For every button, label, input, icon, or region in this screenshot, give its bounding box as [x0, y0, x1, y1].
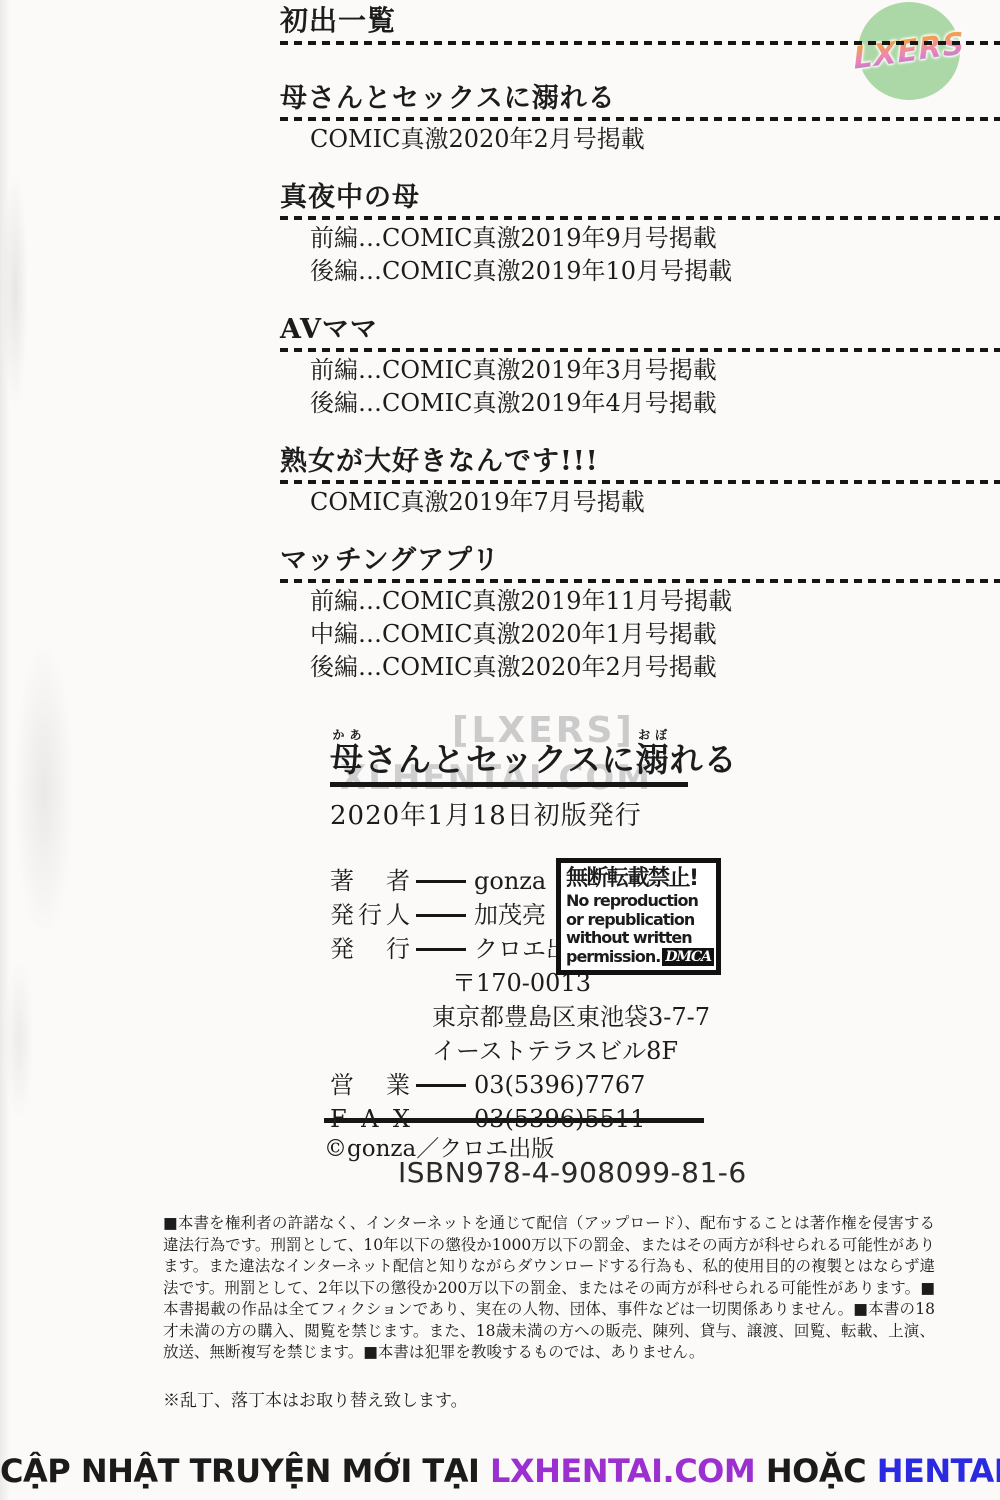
phone-label: 営 業	[330, 1068, 410, 1102]
entry-title: マッチングアプリ	[280, 545, 1000, 577]
entry-title: 熟女が大好きなんです!!!	[280, 446, 1000, 478]
entry-detail: 後編…COMIC真激2020年2月号掲載	[310, 651, 1000, 684]
credit-label: 発行人	[330, 898, 410, 932]
entry-detail: 後編…COMIC真激2019年4月号掲載	[310, 387, 1000, 420]
entry-detail: COMIC真激2020年2月号掲載	[310, 123, 1000, 156]
publication-entry: 熟女が大好きなんです!!! COMIC真激2019年7月号掲載	[280, 446, 1000, 519]
entry-title: 真夜中の母	[280, 182, 1000, 214]
credit-value: gonza	[474, 864, 546, 898]
stamp-english-line: without written	[566, 929, 712, 948]
page-edge-shading	[0, 0, 10, 1500]
list-header: 初出一覧	[280, 4, 1000, 38]
furigana: かあ	[330, 728, 364, 742]
fax-dash	[416, 1118, 466, 1121]
stamp-english-line: permission. DMCA	[566, 948, 712, 967]
entry-detail: 前編…COMIC真激2019年3月号掲載	[310, 354, 1000, 387]
address-line: 東京都豊島区東池袋3-7-7	[330, 1000, 730, 1034]
publication-entry: 母さんとセックスに溺れる COMIC真激2020年2月号掲載	[280, 83, 1000, 156]
first-publication-list: 初出一覧 母さんとセックスに溺れる COMIC真激2020年2月号掲載 真夜中の…	[280, 4, 1000, 710]
publication-entry: 真夜中の母 前編…COMIC真激2019年9月号掲載 後編…COMIC真激201…	[280, 182, 1000, 288]
dashed-rule	[280, 348, 1000, 352]
phone-value: 03(5396)7767	[474, 1068, 645, 1102]
scan-smudge	[2, 170, 28, 410]
entry-detail: 前編…COMIC真激2019年11月号掲載	[310, 585, 1000, 618]
entry-title: 母さんとセックスに溺れる	[280, 83, 1000, 115]
footer-link-lxhentai[interactable]: LXHENTAI.COM	[490, 1452, 755, 1490]
address-line: イーストテラスビル8F	[330, 1034, 730, 1068]
stamp-permission: permission.	[566, 948, 660, 967]
replacement-note: ※乱丁、落丁本はお取り替え致します。	[163, 1386, 468, 1411]
isbn-number: ISBN978-4-908099-81-6	[398, 1156, 747, 1189]
edition-date: 2020年1月18日初版発行	[330, 795, 710, 832]
entry-detail: COMIC真激2019年7月号掲載	[310, 486, 1000, 519]
phone-dash	[416, 1084, 466, 1087]
dashed-rule	[280, 216, 1000, 220]
stamp-japanese: 無断転載禁止!	[566, 866, 712, 892]
fax-row: F A X 03(5396)5511	[330, 1102, 730, 1136]
entry-detail: 後編…COMIC真激2019年10月号掲載	[310, 255, 1000, 288]
dashed-rule	[280, 117, 1000, 121]
footer-banner: CẬP NHẬT TRUYỆN MỚI TẠI LXHENTAI.COM HOẶ…	[0, 1452, 1000, 1490]
credit-value: 加茂亮	[474, 898, 546, 932]
fax-label: F A X	[330, 1102, 410, 1136]
entry-detail: 中編…COMIC真激2020年1月号掲載	[310, 618, 1000, 651]
stamp-english-line: No reproduction	[566, 892, 712, 911]
scan-smudge	[4, 960, 34, 1120]
footer-text: CẬP NHẬT TRUYỆN MỚI TẠI	[0, 1452, 490, 1490]
dashed-rule	[280, 41, 1000, 45]
dashed-rule	[280, 480, 1000, 484]
publication-entry: マッチングアプリ 前編…COMIC真激2019年11月号掲載 中編…COMIC真…	[280, 545, 1000, 684]
colophon-title-block: 母かあさんとセックスに溺おぼれる 2020年1月18日初版発行	[330, 728, 710, 832]
book-title: 母かあさんとセックスに溺おぼれる	[330, 728, 710, 778]
entry-title: AVママ	[280, 314, 1000, 346]
publication-entry: AVママ 前編…COMIC真激2019年3月号掲載 後編…COMIC真激2019…	[280, 314, 1000, 420]
credit-label: 発 行	[330, 932, 410, 966]
credit-label: 著 者	[330, 864, 410, 898]
dashed-rule	[280, 579, 1000, 583]
footer-text: HOẶC	[755, 1452, 877, 1490]
no-reproduction-stamp: 無断転載禁止! No reproduction or republication…	[556, 858, 721, 975]
dmca-badge: DMCA	[662, 948, 714, 966]
fax-value: 03(5396)5511	[474, 1102, 645, 1136]
legal-disclaimer: ■本書を権利者の許諾なく、インターネットを通じて配信（アップロード）、配布するこ…	[163, 1213, 935, 1364]
entry-detail: 前編…COMIC真激2019年9月号掲載	[310, 222, 1000, 255]
scan-smudge	[14, 640, 74, 940]
credit-dash	[416, 948, 466, 951]
credit-dash	[416, 914, 466, 917]
furigana: おぼ	[636, 728, 670, 742]
title-underline	[330, 782, 688, 787]
stamp-english-line: or republication	[566, 911, 712, 930]
phone-row: 営 業 03(5396)7767	[330, 1068, 730, 1102]
footer-link-hentailxx[interactable]: HENTAILXX. COM	[877, 1452, 1000, 1490]
credit-dash	[416, 880, 466, 883]
